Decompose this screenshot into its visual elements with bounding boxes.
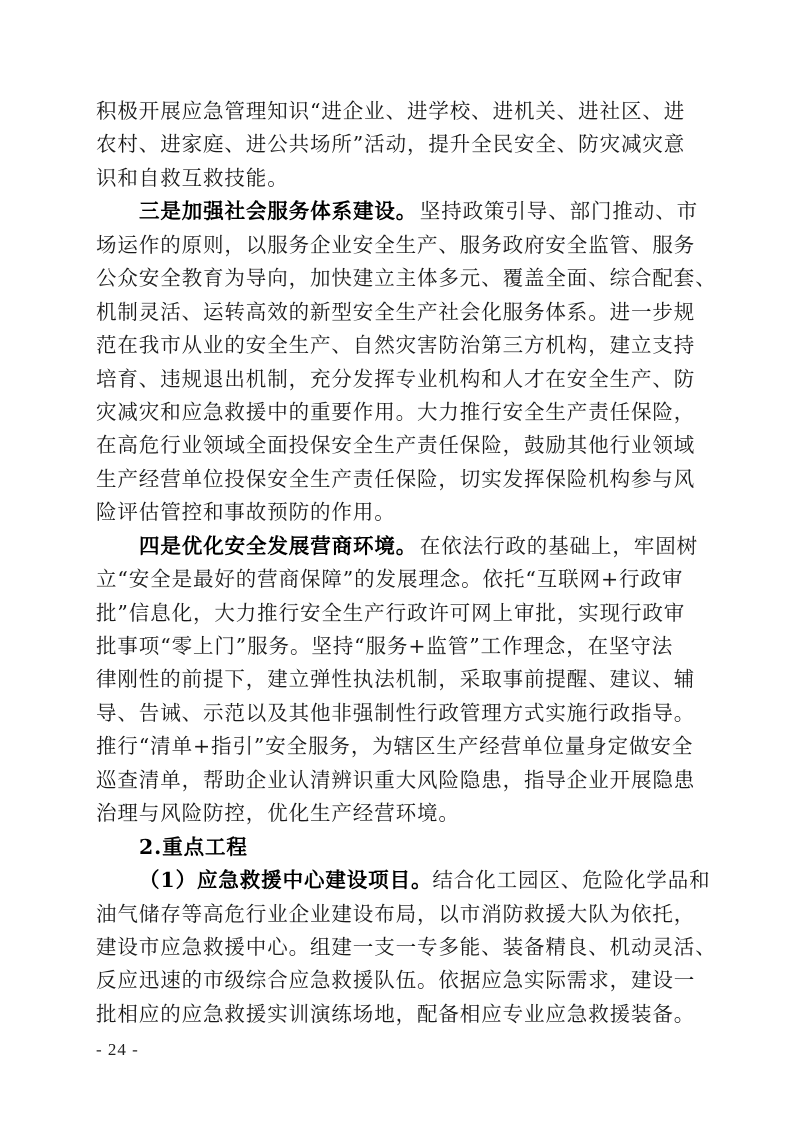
paragraph-lead-heading: （1）应急救援中心建设项目。 xyxy=(139,864,432,897)
text-line: 公众安全教育为导向，加快建立主体多元、覆盖全面、综合配套、 xyxy=(96,262,698,295)
text-line: 灾减灾和应急救援中的重要作用。大力推行安全生产责任保险， xyxy=(96,396,698,429)
text-line: 律刚性的前提下，建立弹性执法机制，采取事前提醒、建议、辅 xyxy=(96,663,698,696)
paragraph-outreach: 积极开展应急管理知识“进企业、进学校、进机关、进社区、进 农村、进家庭、进公共场… xyxy=(96,95,698,195)
text-line: 油气储存等高危行业企业建设布局，以市消防救援大队为依托， xyxy=(96,898,698,931)
text-line: 生产经营单位投保安全生产责任保险，切实发挥保险机构参与风 xyxy=(96,463,698,496)
paragraph-social-service: 三是加强社会服务体系建设。 坚持政策引导、部门推动、市 场运作的原则，以服务企业… xyxy=(96,195,698,529)
text-line-lead: 四是优化安全发展营商环境。 在依法行政的基础上，牢固树 xyxy=(96,530,698,563)
text-line: 推行“清单+指引”安全服务，为辖区生产经营单位量身定做安全 xyxy=(96,730,698,763)
text-line: 批”信息化，大力推行安全生产行政许可网上审批，实现行政审 xyxy=(96,597,698,630)
text-line: 批事项“零上门”服务。坚持“服务+监管”工作理念，在坚守法 xyxy=(96,630,698,663)
paragraph-lead-heading: 三是加强社会服务体系建设。 xyxy=(139,195,417,228)
text-line: 范在我市从业的安全生产、自然灾害防治第三方机构，建立支持 xyxy=(96,329,698,362)
text-line-lead: （1）应急救援中心建设项目。 结合化工园区、危险化学品和 xyxy=(96,864,698,897)
document-page: 积极开展应急管理知识“进企业、进学校、进机关、进社区、进 农村、进家庭、进公共场… xyxy=(96,95,698,1031)
text-line: 农村、进家庭、进公共场所”活动，提升全民安全、防灾减灾意 xyxy=(96,128,698,161)
text-line: 场运作的原则，以服务企业安全生产、服务政府安全监管、服务 xyxy=(96,229,698,262)
text-line: 反应迅速的市级综合应急救援队伍。依据应急实际需求，建设一 xyxy=(96,964,698,997)
text-line: 险评估管控和事故预防的作用。 xyxy=(96,496,698,529)
text-line: 导、告诫、示范以及其他非强制性行政管理方式实施行政指导。 xyxy=(96,697,698,730)
text-line: 机制灵活、运转高效的新型安全生产社会化服务体系。进一步规 xyxy=(96,296,698,329)
text-line-lead: 三是加强社会服务体系建设。 坚持政策引导、部门推动、市 xyxy=(96,195,698,228)
text-line: 识和自救互救技能。 xyxy=(96,162,698,195)
text-line: 建设市应急救援中心。组建一支一专多能、装备精良、机动灵活、 xyxy=(96,931,698,964)
text-line: 批相应的应急救援实训演练场地，配备相应专业应急救援装备。 xyxy=(96,998,698,1031)
text-line: 治理与风险防控，优化生产经营环境。 xyxy=(96,797,698,830)
paragraph-business-environment: 四是优化安全发展营商环境。 在依法行政的基础上，牢固树 立“安全是最好的营商保障… xyxy=(96,530,698,831)
text-line: 立“安全是最好的营商保障”的发展理念。依托“互联网+行政审 xyxy=(96,563,698,596)
text-line: 巡查清单，帮助企业认清辨识重大风险隐患，指导企业开展隐患 xyxy=(96,764,698,797)
section-heading-key-projects: 2.重点工程 xyxy=(96,831,698,864)
paragraph-lead-heading: 四是优化安全发展营商环境。 xyxy=(139,530,417,563)
page-number: - 24 - xyxy=(96,1040,139,1060)
paragraph-rescue-center: （1）应急救援中心建设项目。 结合化工园区、危险化学品和 油气储存等高危行业企业… xyxy=(96,864,698,1031)
text-line: 在高危行业领域全面投保安全生产责任保险，鼓励其他行业领域 xyxy=(96,429,698,462)
text-line: 培育、违规退出机制，充分发挥专业机构和人才在安全生产、防 xyxy=(96,363,698,396)
text-line: 积极开展应急管理知识“进企业、进学校、进机关、进社区、进 xyxy=(96,95,698,128)
